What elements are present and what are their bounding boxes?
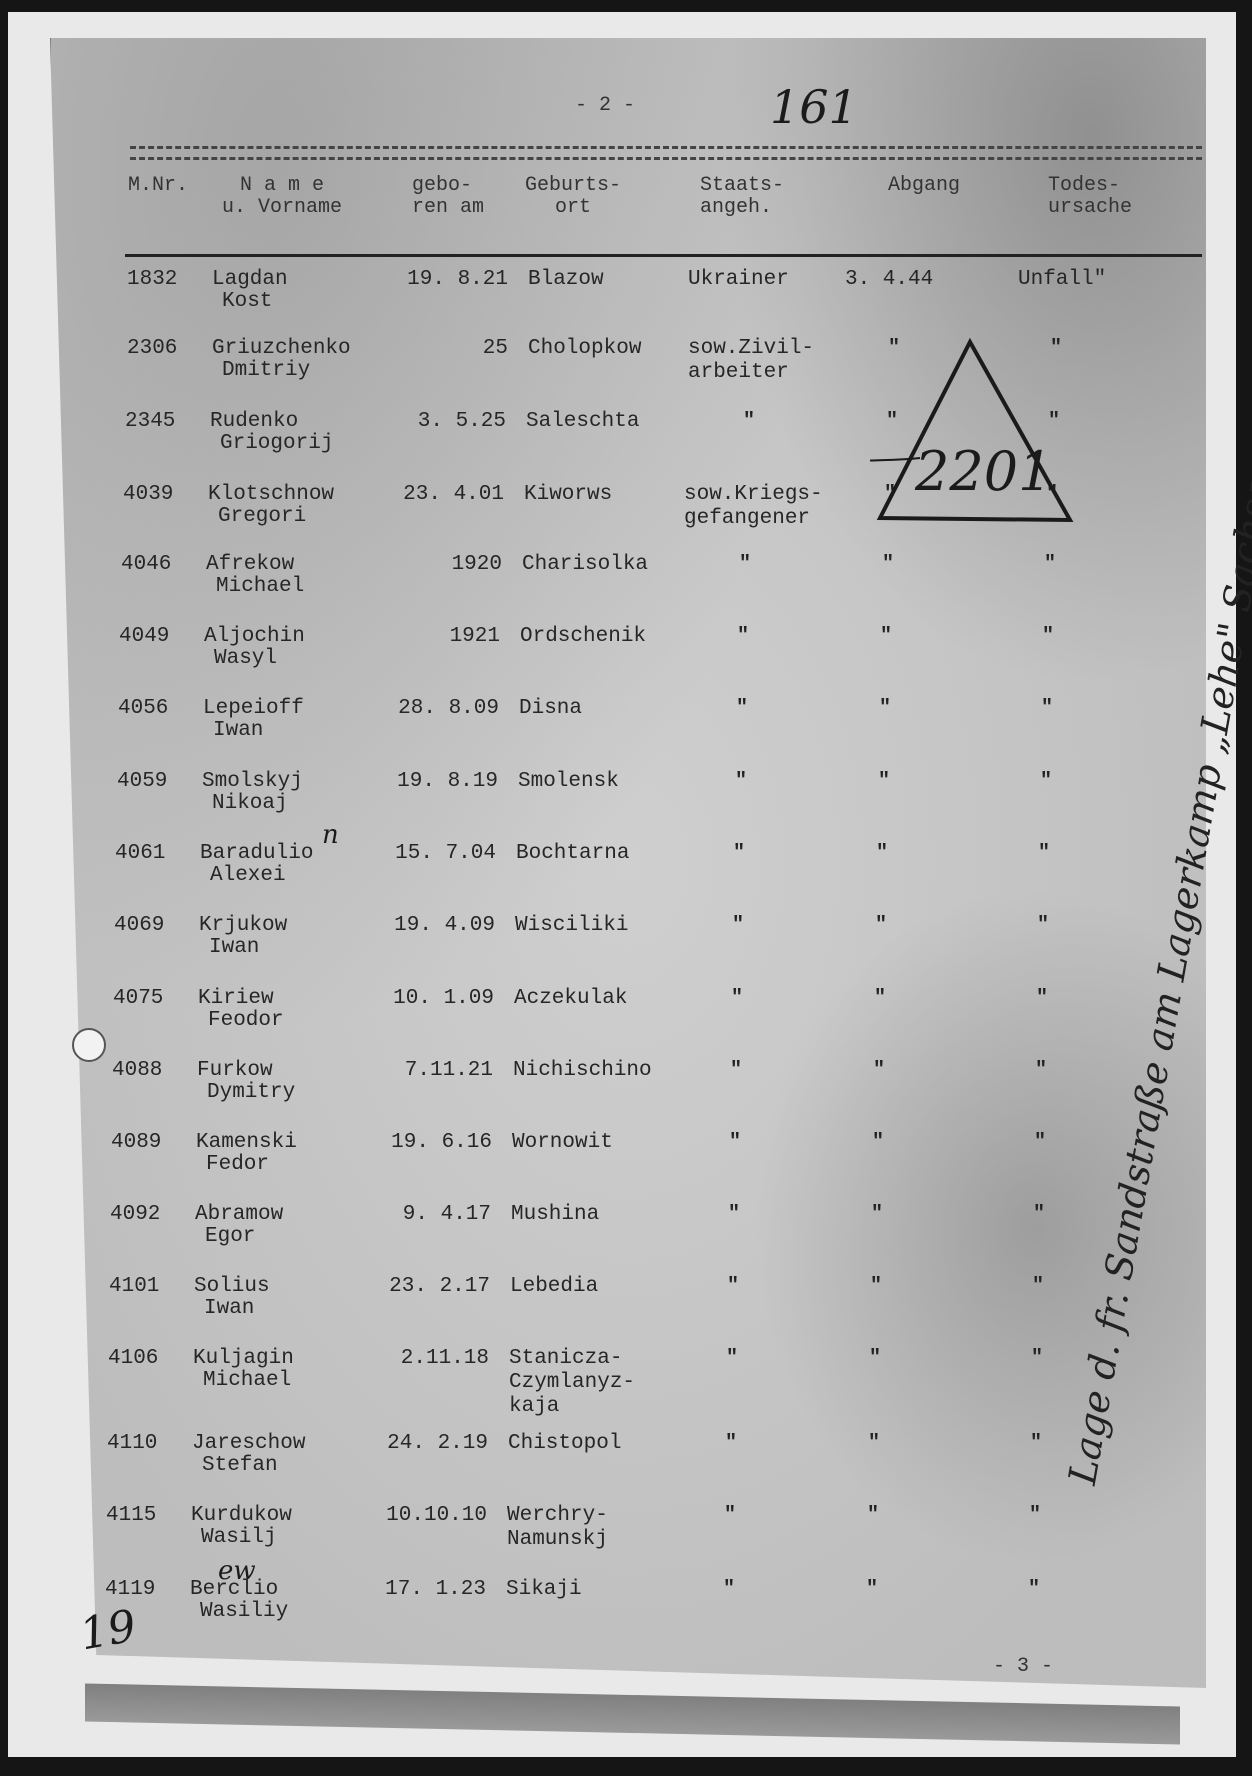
row-cause-ditto: " xyxy=(1028,1578,1040,1601)
col-header-citizenship: Staats-angeh. xyxy=(700,175,784,219)
row-firstname: Stefan xyxy=(202,1454,278,1477)
row-cause-ditto: " xyxy=(1041,697,1053,720)
row-citizenship-ditto: " xyxy=(731,987,743,1010)
row-firstname: Iwan xyxy=(204,1297,254,1320)
row-nr: 4061 xyxy=(115,842,165,865)
row-nr: 4046 xyxy=(121,553,171,576)
table-row: 4088FurkowDymitry7.11.21Nichischino""" xyxy=(0,1059,1252,1131)
handwritten-correction: n xyxy=(322,820,339,850)
row-birthdate: 28. 8.09 xyxy=(398,697,499,720)
row-departure-ditto: " xyxy=(870,1275,882,1298)
row-birthdate: 3. 5.25 xyxy=(418,410,506,433)
row-cause-ditto: " xyxy=(1044,553,1056,576)
table-row: 4106KuljaginMichael2.11.18Stanicza-Czyml… xyxy=(0,1347,1252,1419)
row-surname: Baradulio xyxy=(200,842,313,865)
table-row: 4061BaradulioAlexei15. 7.04Bochtarna""" xyxy=(0,842,1252,914)
row-birthplace: Smolensk xyxy=(518,770,619,793)
row-birthdate: 15. 7.04 xyxy=(395,842,496,865)
row-nr: 4115 xyxy=(106,1504,156,1527)
row-birthplace: Nichischino xyxy=(513,1059,652,1082)
row-birthplace-line2: Namunskj xyxy=(507,1528,608,1551)
table-row: 4075KiriewFeodor10. 1.09Aczekulak""" xyxy=(0,987,1252,1059)
row-firstname: Griogorij xyxy=(220,432,333,455)
row-departure-ditto: " xyxy=(868,1432,880,1455)
row-birthplace: Chistopol xyxy=(508,1432,621,1455)
row-birthdate: 10.10.10 xyxy=(386,1504,487,1527)
row-nr: 4088 xyxy=(112,1059,162,1082)
row-nr: 4106 xyxy=(108,1347,158,1370)
row-cause-ditto: " xyxy=(1030,1432,1042,1455)
row-cause-ditto: " xyxy=(1038,842,1050,865)
row-birthdate: 10. 1.09 xyxy=(393,987,494,1010)
row-birthdate: 23. 2.17 xyxy=(389,1275,490,1298)
row-birthplace: Sikaji xyxy=(506,1578,582,1601)
row-cause-ditto: " xyxy=(1035,1059,1047,1082)
row-surname: Solius xyxy=(194,1275,270,1298)
row-citizenship-ditto: " xyxy=(739,553,751,576)
row-nr: 4119 xyxy=(105,1578,155,1601)
row-departure-ditto: " xyxy=(878,770,890,793)
row-citizenship-line2: gefangener xyxy=(684,507,810,530)
row-citizenship-ditto: " xyxy=(733,842,745,865)
row-citizenship: Ukrainer xyxy=(688,268,789,291)
table-row: 4056LepeioffIwan28. 8.09Disna""" xyxy=(0,697,1252,769)
row-birthplace: Cholopkow xyxy=(528,337,641,360)
row-birthplace: Lebedia xyxy=(510,1275,598,1298)
row-departure-ditto: " xyxy=(874,987,886,1010)
table-row: 4059SmolskyjNikoaj19. 8.19Smolensk""" xyxy=(0,770,1252,842)
col-header-born: gebo-ren am xyxy=(412,175,484,219)
row-cause-ditto: " xyxy=(1040,770,1052,793)
row-firstname: Kost xyxy=(222,290,272,313)
row-nr: 4075 xyxy=(113,987,163,1010)
row-firstname: Iwan xyxy=(213,719,263,742)
row-birthdate: 7.11.21 xyxy=(405,1059,493,1082)
col-header-nr: M.Nr. xyxy=(128,175,188,197)
page-marker-top: - 2 - xyxy=(575,94,635,117)
table-row: 4092AbramowEgor9. 4.17Mushina""" xyxy=(0,1203,1252,1275)
row-citizenship-ditto: " xyxy=(743,410,755,433)
row-cause-ditto: " xyxy=(1031,1347,1043,1370)
row-birthdate: 9. 4.17 xyxy=(403,1203,491,1226)
row-firstname: Wasilj xyxy=(201,1526,277,1549)
page-marker-bottom: - 3 - xyxy=(993,1655,1053,1678)
row-nr: 2306 xyxy=(127,337,177,360)
row-nr: 4101 xyxy=(109,1275,159,1298)
row-birthplace: Saleschta xyxy=(526,410,639,433)
row-firstname: Iwan xyxy=(209,936,259,959)
row-departure-ditto: " xyxy=(873,1059,885,1082)
row-departure-ditto: " xyxy=(875,914,887,937)
row-firstname: Feodor xyxy=(208,1009,284,1032)
row-nr: 4069 xyxy=(114,914,164,937)
col-header-name: N a m eu. Vorname xyxy=(222,175,342,219)
row-cause-ditto: " xyxy=(1033,1203,1045,1226)
row-surname: Aljochin xyxy=(204,625,305,648)
row-birthplace-line3: kaja xyxy=(509,1395,559,1418)
row-nr: 4092 xyxy=(110,1203,160,1226)
row-citizenship: sow.Kriegs- xyxy=(684,483,823,506)
row-surname: Jareschow xyxy=(192,1432,305,1455)
row-departure-ditto: " xyxy=(882,553,894,576)
row-citizenship-ditto: " xyxy=(730,1059,742,1082)
row-cause-ditto: " xyxy=(1042,625,1054,648)
row-firstname: Michael xyxy=(203,1369,291,1392)
row-citizenship-ditto: " xyxy=(736,697,748,720)
row-departure-ditto: " xyxy=(869,1347,881,1370)
row-birthdate: 19. 8.21 xyxy=(407,268,508,291)
row-birthplace: Ordschenik xyxy=(520,625,646,648)
row-birthplace: Stanicza- xyxy=(509,1347,622,1370)
row-departure-ditto: " xyxy=(876,842,888,865)
row-birthdate: 19. 6.16 xyxy=(391,1131,492,1154)
triangle-stamp-number: 2201 xyxy=(915,440,1052,503)
row-citizenship: sow.Zivil- xyxy=(688,337,814,360)
row-surname: Rudenko xyxy=(210,410,298,433)
row-birthplace: Disna xyxy=(519,697,582,720)
row-firstname: Wasiliy xyxy=(200,1600,288,1623)
row-nr: 4110 xyxy=(107,1432,157,1455)
row-nr: 4039 xyxy=(123,483,173,506)
row-firstname: Gregori xyxy=(218,505,306,528)
row-citizenship-ditto: " xyxy=(724,1504,736,1527)
row-surname: Klotschnow xyxy=(208,483,334,506)
row-cause-ditto: " xyxy=(1032,1275,1044,1298)
row-surname: Krjukow xyxy=(199,914,287,937)
table-row: 4101SoliusIwan23. 2.17Lebedia""" xyxy=(0,1275,1252,1347)
table-row: 4046AfrekowMichael1920Charisolka""" xyxy=(0,553,1252,625)
row-surname: Kiriew xyxy=(198,987,274,1010)
row-birthdate: 17. 1.23 xyxy=(385,1578,486,1601)
row-nr: 4056 xyxy=(118,697,168,720)
row-departure-ditto: " xyxy=(867,1504,879,1527)
row-birthdate: 19. 4.09 xyxy=(394,914,495,937)
row-birthplace: Bochtarna xyxy=(516,842,629,865)
row-firstname: Nikoaj xyxy=(212,792,288,815)
table-row: 4049AljochinWasyl1921Ordschenik""" xyxy=(0,625,1252,697)
handwritten-correction: ew xyxy=(218,1556,256,1586)
row-surname: Lepeioff xyxy=(203,697,304,720)
row-firstname: Michael xyxy=(216,575,304,598)
table-row: 4089KamenskiFedor19. 6.16Wornowit""" xyxy=(0,1131,1252,1203)
row-departure-ditto: " xyxy=(871,1203,883,1226)
row-citizenship-ditto: " xyxy=(737,625,749,648)
row-surname: Afrekow xyxy=(206,553,294,576)
row-citizenship-ditto: " xyxy=(729,1131,741,1154)
row-citizenship-ditto: " xyxy=(735,770,747,793)
handwritten-folio: 161 xyxy=(770,80,858,134)
row-birthplace-line2: Czymlanyz- xyxy=(509,1371,635,1394)
row-citizenship-ditto: " xyxy=(725,1432,737,1455)
row-firstname: Alexei xyxy=(210,864,286,887)
row-citizenship-ditto: " xyxy=(728,1203,740,1226)
row-departure: 3. 4.44 xyxy=(845,268,933,291)
row-cause: Unfall" xyxy=(1018,268,1106,291)
row-cause-ditto: " xyxy=(1029,1504,1041,1527)
row-cause-ditto: " xyxy=(1037,914,1049,937)
col-header-departure: Abgang xyxy=(888,175,960,197)
row-cause-ditto: " xyxy=(1034,1131,1046,1154)
row-nr: 4089 xyxy=(111,1131,161,1154)
row-departure-ditto: " xyxy=(872,1131,884,1154)
row-birthdate: 1920 xyxy=(452,553,502,576)
row-firstname: Fedor xyxy=(206,1153,269,1176)
row-surname: Abramow xyxy=(195,1203,283,1226)
row-birthplace: Blazow xyxy=(528,268,604,291)
row-birthplace: Charisolka xyxy=(522,553,648,576)
row-firstname: Egor xyxy=(205,1225,255,1248)
row-birthdate: 25 xyxy=(483,337,508,360)
col-header-birthplace: Geburts-ort xyxy=(525,175,621,219)
row-nr: 1832 xyxy=(127,268,177,291)
row-birthplace: Wornowit xyxy=(512,1131,613,1154)
row-nr: 4049 xyxy=(119,625,169,648)
row-firstname: Wasyl xyxy=(214,647,277,670)
header-rule xyxy=(125,254,1202,257)
row-citizenship-line2: arbeiter xyxy=(688,361,789,384)
row-birthdate: 24. 2.19 xyxy=(387,1432,488,1455)
row-birthdate: 1921 xyxy=(450,625,500,648)
row-surname: Smolskyj xyxy=(202,770,303,793)
row-birthplace: Mushina xyxy=(511,1203,599,1226)
row-surname: Kurdukow xyxy=(191,1504,292,1527)
row-departure-ditto: " xyxy=(866,1578,878,1601)
row-nr: 4059 xyxy=(117,770,167,793)
row-birthplace: Aczekulak xyxy=(514,987,627,1010)
row-citizenship-ditto: " xyxy=(726,1347,738,1370)
row-birthdate: 2.11.18 xyxy=(401,1347,489,1370)
row-firstname: Dymitry xyxy=(207,1081,295,1104)
row-citizenship-ditto: " xyxy=(727,1275,739,1298)
col-header-cause: Todes-ursache xyxy=(1048,175,1132,219)
row-firstname: Dmitriy xyxy=(222,359,310,382)
row-birthplace: Wisciliki xyxy=(515,914,628,937)
double-rule xyxy=(130,146,1202,160)
table-row: 4119BerclioWasiliy17. 1.23Sikaji""" xyxy=(0,1578,1252,1650)
row-departure-ditto: " xyxy=(879,697,891,720)
table-row: 4069KrjukowIwan19. 4.09Wisciliki""" xyxy=(0,914,1252,986)
table-row: 4115KurdukowWasilj10.10.10Werchry-Namuns… xyxy=(0,1504,1252,1576)
row-birthplace: Werchry- xyxy=(507,1504,608,1527)
row-birthplace: Kiworws xyxy=(524,483,612,506)
row-departure-ditto: " xyxy=(880,625,892,648)
row-birthdate: 23. 4.01 xyxy=(403,483,504,506)
row-surname: Furkow xyxy=(197,1059,273,1082)
row-nr: 2345 xyxy=(125,410,175,433)
row-surname: Kamenski xyxy=(196,1131,297,1154)
row-citizenship-ditto: " xyxy=(732,914,744,937)
row-surname: Lagdan xyxy=(212,268,288,291)
handwritten-corner-number: 19 xyxy=(76,1601,140,1661)
row-cause-ditto: " xyxy=(1036,987,1048,1010)
row-birthdate: 19. 8.19 xyxy=(397,770,498,793)
row-surname: Griuzchenko xyxy=(212,337,351,360)
row-citizenship-ditto: " xyxy=(723,1578,735,1601)
row-surname: Kuljagin xyxy=(193,1347,294,1370)
